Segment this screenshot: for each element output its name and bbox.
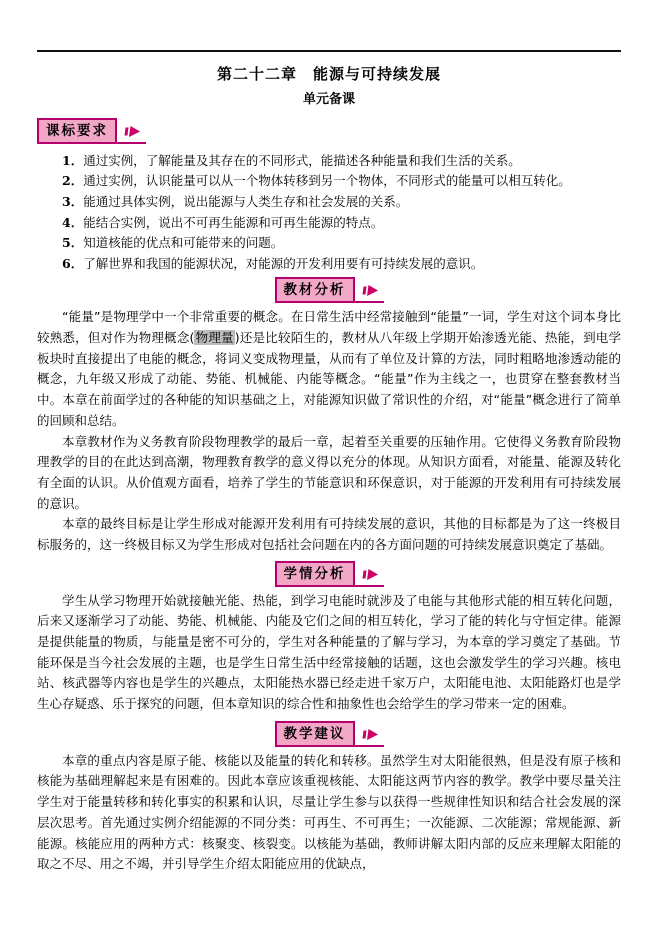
requirement-item-3: 3．能通过具体实例，说出能源与人类生存和社会发展的关系。 bbox=[62, 192, 621, 213]
curriculum-requirements-list: 1．通过实例，了解能量及其存在的不同形式，能描述各种能量和我们生活的关系。 2．… bbox=[37, 151, 621, 275]
section-badge-learners: 学情分析 bbox=[275, 561, 384, 587]
item-text: 能通过具体实例，说出能源与人类生存和社会发展的关系。 bbox=[83, 194, 408, 209]
paragraph: 本章的最终目标是让学生形成对能源开发利用有可持续发展的意识，其他的目标都是为了这… bbox=[37, 514, 621, 555]
item-number: 1． bbox=[62, 153, 83, 168]
item-number: 2． bbox=[62, 173, 83, 188]
paragraph: “能量”是物理学中一个非常重要的概念。在日常生活中经常接触到“能量”一词，学生对… bbox=[37, 307, 621, 431]
requirement-item-6: 6．了解世界和我国的能源状况，对能源的开发利用要有可持续发展的意识。 bbox=[62, 254, 621, 275]
curriculum-badge-row: 课标要求 bbox=[37, 118, 621, 144]
forward-arrow-icon bbox=[362, 284, 379, 297]
requirement-item-4: 4．能结合实例，说出不可再生能源和可再生能源的特点。 bbox=[62, 213, 621, 234]
forward-arrow-icon bbox=[362, 728, 379, 741]
section-badge-label: 教材分析 bbox=[275, 277, 355, 301]
forward-arrow-icon bbox=[362, 568, 379, 581]
learners-badge-row: 学情分析 bbox=[37, 561, 621, 587]
item-number: 5． bbox=[62, 235, 83, 250]
item-text: 了解世界和我国的能源状况，对能源的开发利用要有可持续发展的意识。 bbox=[83, 256, 483, 271]
section-badge-label: 学情分析 bbox=[275, 561, 355, 585]
teaching-badge-row: 教学建议 bbox=[37, 721, 621, 747]
requirement-item-2: 2．通过实例，认识能量可以从一个物体转移到另一个物体，不同形式的能量可以相互转化… bbox=[62, 171, 621, 192]
item-text: 能结合实例，说出不可再生能源和可再生能源的特点。 bbox=[83, 215, 383, 230]
item-text: 通过实例，认识能量可以从一个物体转移到另一个物体，不同形式的能量可以相互转化。 bbox=[83, 173, 571, 188]
section-badge-label: 教学建议 bbox=[275, 721, 355, 745]
item-number: 6． bbox=[62, 256, 83, 271]
header-divider bbox=[37, 50, 621, 52]
paragraph: 本章教材作为义务教育阶段物理教学的最后一章，起着至关重要的压轴作用。它使得义务教… bbox=[37, 432, 621, 515]
learner-analysis-body: 学生从学习物理开始就接触光能、热能，到学习电能时就涉及了电能与其他形式能的相互转… bbox=[37, 591, 621, 715]
teaching-suggestions-body: 本章的重点内容是原子能、核能以及能量的转化和转移。虽然学生对太阳能很熟，但是没有… bbox=[37, 751, 621, 875]
requirement-item-1: 1．通过实例，了解能量及其存在的不同形式，能描述各种能量和我们生活的关系。 bbox=[62, 151, 621, 172]
item-text: 通过实例，了解能量及其存在的不同形式，能描述各种能量和我们生活的关系。 bbox=[83, 153, 521, 168]
item-number: 3． bbox=[62, 194, 83, 209]
requirement-item-5: 5．知道核能的优点和可能带来的问题。 bbox=[62, 233, 621, 254]
material-analysis-body: “能量”是物理学中一个非常重要的概念。在日常生活中经常接触到“能量”一词，学生对… bbox=[37, 307, 621, 555]
item-text: 知道核能的优点和可能带来的问题。 bbox=[83, 235, 283, 250]
section-badge-teaching: 教学建议 bbox=[275, 721, 384, 747]
unit-subtitle: 单元备课 bbox=[37, 88, 621, 107]
section-badge-curriculum: 课标要求 bbox=[37, 118, 146, 144]
document-page: 第二十二章 能源与可持续发展 单元备课 课标要求 1．通过实例，了解能量及其存在… bbox=[0, 0, 658, 932]
section-badge-label: 课标要求 bbox=[37, 118, 117, 142]
paragraph: 学生从学习物理开始就接触光能、热能，到学习电能时就涉及了电能与其他形式能的相互转… bbox=[37, 591, 621, 715]
material-badge-row: 教材分析 bbox=[37, 277, 621, 303]
chapter-title: 第二十二章 能源与可持续发展 bbox=[37, 63, 621, 84]
item-number: 4． bbox=[62, 215, 83, 230]
paragraph: 本章的重点内容是原子能、核能以及能量的转化和转移。虽然学生对太阳能很熟，但是没有… bbox=[37, 751, 621, 875]
section-badge-material: 教材分析 bbox=[275, 277, 384, 303]
highlighted-term: 物理量 bbox=[194, 330, 234, 345]
forward-arrow-icon bbox=[124, 125, 141, 138]
